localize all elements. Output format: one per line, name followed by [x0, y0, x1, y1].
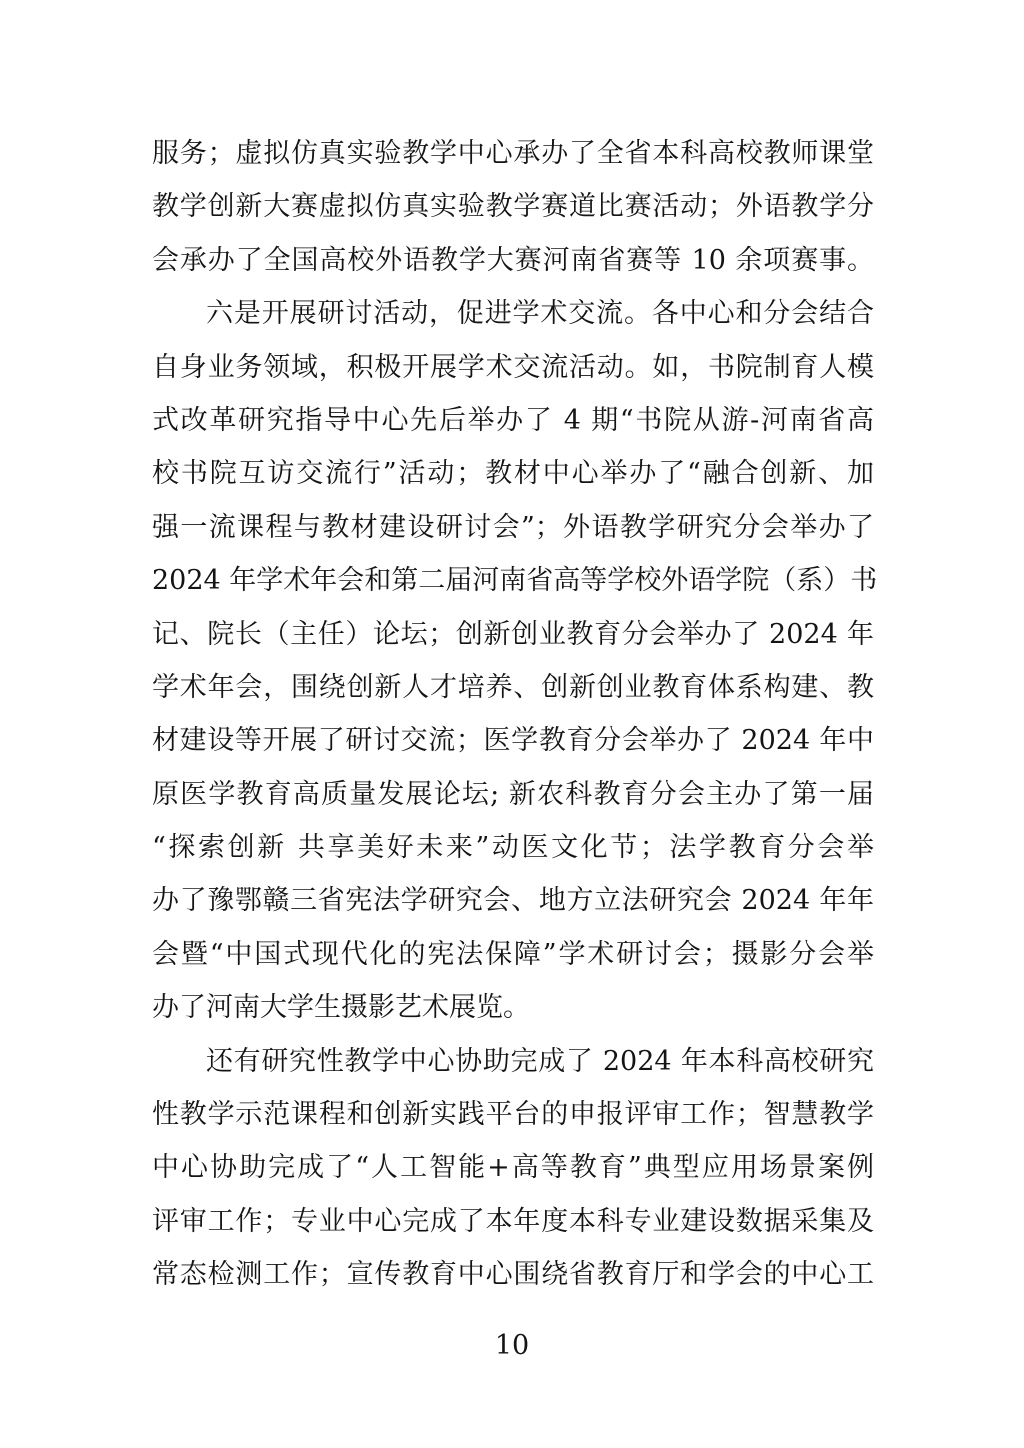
- paragraph-3: 还有研究性教学中心协助完成了 2024 年本科高校研究 性教学示范课程和创新实践…: [152, 1035, 874, 1302]
- paragraph-2: 六是开展研讨活动，促进学术交流。各中心和分会结合 自身业务领域，积极开展学术交流…: [152, 287, 874, 1034]
- text-line: 校书院互访交流行”活动；教材中心举办了“融合创新、加: [152, 447, 874, 500]
- text-line: 记、院长（主任）论坛；创新创业教育分会举办了 2024 年: [152, 608, 874, 661]
- text-line: 会承办了全国高校外语教学大赛河南省赛等 10 余项赛事。: [152, 234, 874, 287]
- text-line: 六是开展研讨活动，促进学术交流。各中心和分会结合: [152, 287, 874, 340]
- text-line: 评审工作；专业中心完成了本年度本科专业建设数据采集及: [152, 1195, 874, 1248]
- text-line: 材建设等开展了研讨交流；医学教育分会举办了 2024 年中: [152, 714, 874, 767]
- text-line: 中心协助完成了“人工智能+高等教育”典型应用场景案例: [152, 1141, 874, 1194]
- text-line: 办了河南大学生摄影艺术展览。: [152, 981, 874, 1034]
- text-line: 式改革研究指导中心先后举办了 4 期“书院从游-河南省高: [152, 394, 874, 447]
- text-line: 自身业务领域，积极开展学术交流活动。如，书院制育人模: [152, 341, 874, 394]
- paragraph-1: 服务；虚拟仿真实验教学中心承办了全省本科高校教师课堂 教学创新大赛虚拟仿真实验教…: [152, 127, 874, 287]
- text-line: 还有研究性教学中心协助完成了 2024 年本科高校研究: [152, 1035, 874, 1088]
- page-body-text: 服务；虚拟仿真实验教学中心承办了全省本科高校教师课堂 教学创新大赛虚拟仿真实验教…: [152, 127, 874, 1302]
- text-line: 教学创新大赛虚拟仿真实验教学赛道比赛活动；外语教学分: [152, 180, 874, 233]
- text-line: 性教学示范课程和创新实践平台的申报评审工作；智慧教学: [152, 1088, 874, 1141]
- document-page: 服务；虚拟仿真实验教学中心承办了全省本科高校教师课堂 教学创新大赛虚拟仿真实验教…: [0, 0, 1024, 1448]
- text-line: “探索创新 共享美好未来”动医文化节；法学教育分会举: [152, 821, 874, 874]
- text-line: 常态检测工作；宣传教育中心围绕省教育厅和学会的中心工: [152, 1248, 874, 1301]
- text-line: 办了豫鄂赣三省宪法学研究会、地方立法研究会 2024 年年: [152, 874, 874, 927]
- text-line: 2024 年学术年会和第二届河南省高等学校外语学院（系）书: [152, 554, 874, 607]
- page-number: 10: [0, 1330, 1024, 1361]
- text-line: 原医学教育高质量发展论坛; 新农科教育分会主办了第一届: [152, 768, 874, 821]
- text-line: 服务；虚拟仿真实验教学中心承办了全省本科高校教师课堂: [152, 127, 874, 180]
- text-line: 会暨“中国式现代化的宪法保障”学术研讨会；摄影分会举: [152, 928, 874, 981]
- text-line: 强一流课程与教材建设研讨会”；外语教学研究分会举办了: [152, 501, 874, 554]
- text-line: 学术年会，围绕创新人才培养、创新创业教育体系构建、教: [152, 661, 874, 714]
